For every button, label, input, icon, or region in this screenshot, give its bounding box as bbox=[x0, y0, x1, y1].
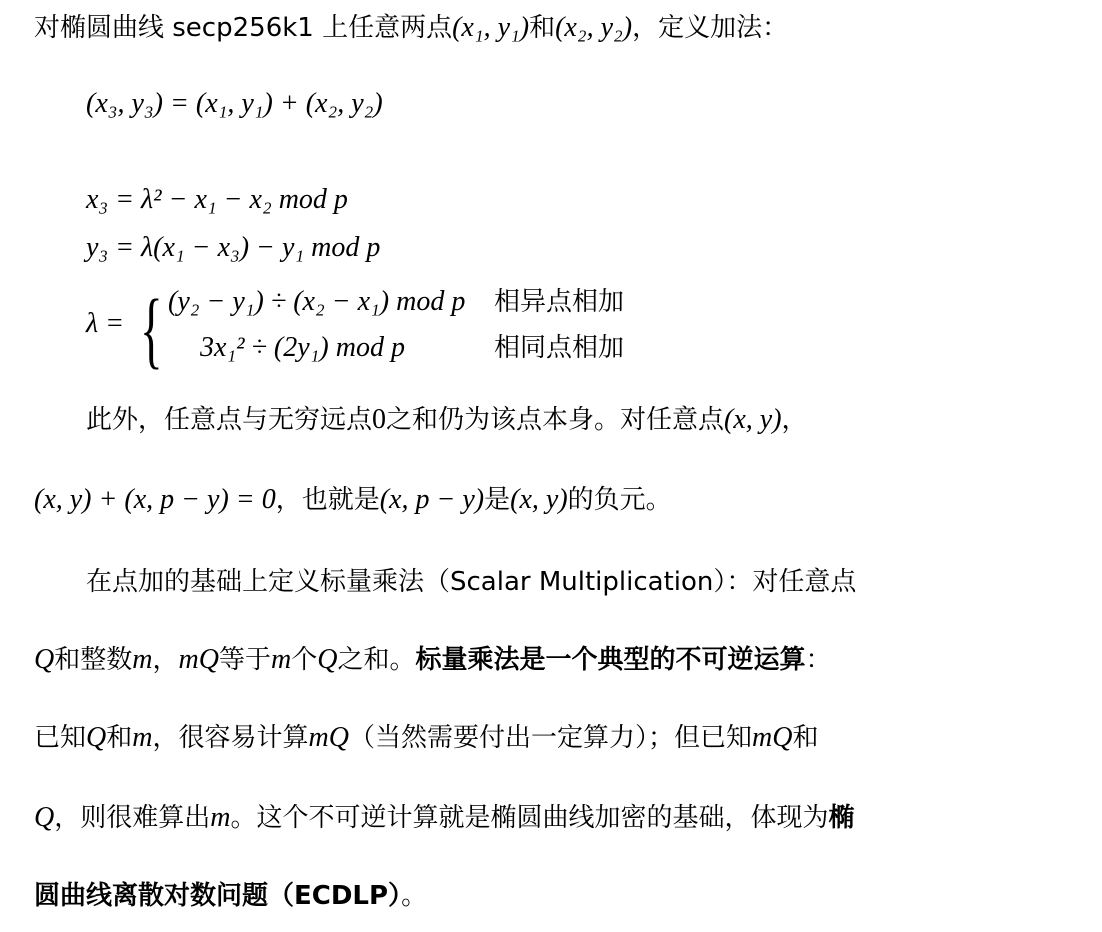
identity-text-2: 之和仍为该点本身。对任意点 bbox=[386, 405, 724, 435]
point-xy: (x, y) bbox=[724, 404, 782, 435]
identity-text-5: 的负元。 bbox=[568, 485, 672, 515]
identity-line-1: 此外，任意点与无穷远点0之和仍为该点本身。对任意点(x, y)， bbox=[86, 400, 808, 440]
negative-point: (x, p − y) bbox=[380, 484, 484, 515]
identity-line-2: (x, y) + (x, p − y) = 0，也就是(x, p − y)是(x… bbox=[34, 480, 672, 520]
intro-prefix: 对椭圆曲线 secp256k1 上任意两点 bbox=[34, 13, 452, 43]
formula-lambda-case2: 3x₁² ÷ (2y₁) mod p bbox=[200, 328, 405, 368]
scalar-line-1: 在点加的基础上定义标量乘法（Scalar Multiplication）：对任意… bbox=[86, 562, 856, 602]
comma: ， bbox=[782, 405, 808, 435]
formula-sum: (x₃, y₃) = (x₁, y₁) + (x₂, y₂) bbox=[86, 84, 383, 124]
point-p2: (x₂, y₂) bbox=[555, 12, 632, 43]
formula-x3: x₃ = λ² − x₁ − x₂ mod p bbox=[86, 180, 348, 220]
formula-y3: y₃ = λ(x₁ − x₃) − y₁ mod p bbox=[86, 228, 380, 268]
formula-lambda-case1: (y₂ − y₁) ÷ (x₂ − x₁) mod p bbox=[168, 282, 465, 322]
scalar-line-2: Q和整数m，mQ等于m个Q之和。标量乘法是一个典型的不可逆运算： bbox=[34, 640, 832, 680]
identity-text: 此外，任意点与无穷远点 bbox=[86, 405, 372, 435]
scalar-line-5: 圆曲线离散对数问题（ECDLP）。 bbox=[34, 876, 427, 916]
lambda-case2-label: 相同点相加 bbox=[494, 328, 624, 368]
emphasis-irreversible: 标量乘法是一个典型的不可逆运算 bbox=[415, 645, 805, 675]
point-p1: (x₁, y₁) bbox=[452, 12, 529, 43]
emphasis-ecdlp-start: 椭 bbox=[829, 803, 855, 833]
intro-mid: 和 bbox=[529, 13, 555, 43]
formula-lambda-lhs: λ = bbox=[86, 304, 124, 344]
identity-text-4: 是 bbox=[484, 485, 510, 515]
emphasis-ecdlp: 圆曲线离散对数问题（ECDLP） bbox=[34, 881, 401, 911]
scalar-line-3: 已知Q和m，很容易计算mQ（当然需要付出一定算力）；但已知mQ和 bbox=[34, 718, 818, 758]
lambda-case1-label: 相异点相加 bbox=[494, 282, 624, 322]
intro-suffix: ，定义加法： bbox=[632, 13, 788, 43]
point-xy-2: (x, y) bbox=[510, 484, 568, 515]
identity-text-3: ，也就是 bbox=[276, 485, 380, 515]
negation-equation: (x, y) + (x, p − y) = 0 bbox=[34, 484, 276, 515]
brace-icon: { bbox=[140, 286, 163, 372]
infinity-zero: 0 bbox=[372, 404, 386, 435]
intro-line: 对椭圆曲线 secp256k1 上任意两点(x₁, y₁)和(x₂, y₂)，定… bbox=[34, 8, 788, 48]
scalar-line-4: Q，则很难算出m。这个不可逆计算就是椭圆曲线加密的基础，体现为椭 bbox=[34, 798, 855, 838]
